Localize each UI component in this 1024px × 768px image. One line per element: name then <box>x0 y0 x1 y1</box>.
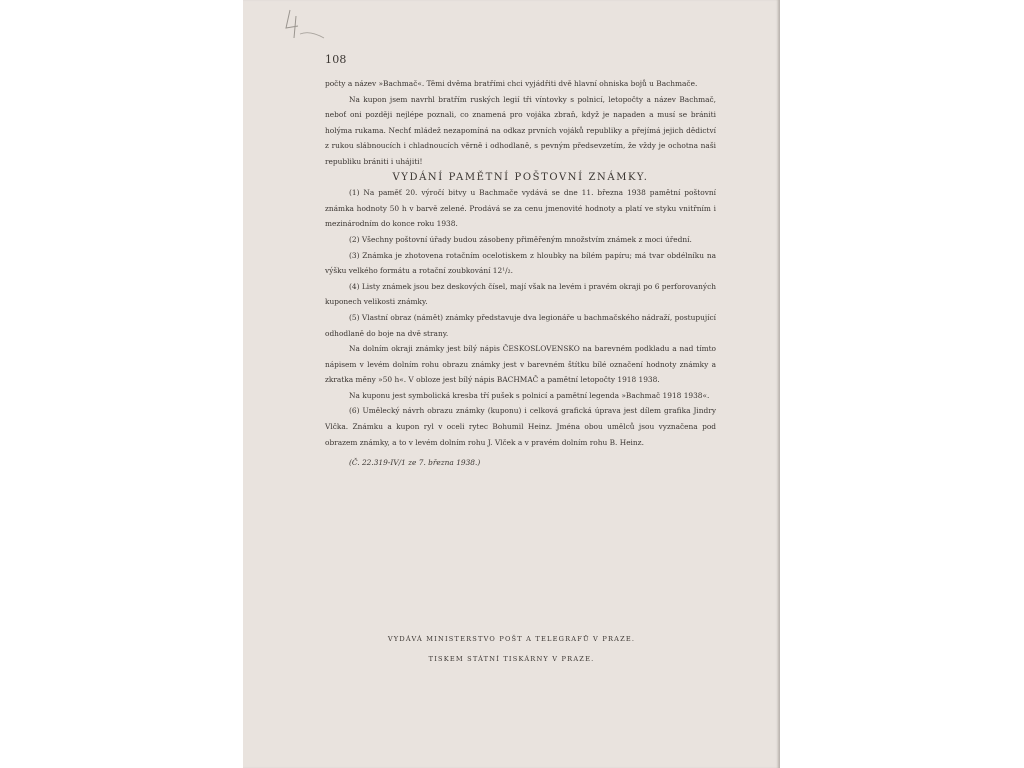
reference-number: (Č. 22.319-IV/1 ze 7. března 1938.) <box>325 455 716 471</box>
paragraph: (3) Známka je zhotovena rotačním oceloti… <box>325 248 716 279</box>
page-number: 108 <box>325 53 347 66</box>
paragraph: Na kupon jsem navrhl bratřím ruských leg… <box>325 92 716 170</box>
publisher-line: VYDÁVÁ MINISTERSTVO POŠT A TELEGRAFŮ V P… <box>243 635 780 643</box>
paragraph: Na kuponu jest symbolická kresba tří puš… <box>325 388 716 404</box>
handwritten-pencil-mark <box>280 8 326 40</box>
section-heading: VYDÁNÍ PAMĚTNÍ POŠTOVNÍ ZNÁMKY. <box>325 170 716 186</box>
paragraph: (4) Listy známek jsou bez deskových číse… <box>325 279 716 310</box>
paragraph: Na dolním okraji známky jest bílý nápis … <box>325 341 716 388</box>
printer-line: TISKEM STÁTNÍ TISKÁRNY V PRAZE. <box>243 655 780 663</box>
paragraph: počty a název »Bachmač«. Těmi dvěma brat… <box>325 76 716 92</box>
paragraph: (2) Všechny poštovní úřady budou zásoben… <box>325 232 716 248</box>
paragraph: (1) Na paměť 20. výročí bitvy u Bachmače… <box>325 185 716 232</box>
paragraph: (6) Umělecký návrh obrazu známky (kuponu… <box>325 403 716 450</box>
paragraph: (5) Vlastní obraz (námět) známky předsta… <box>325 310 716 341</box>
document-body: počty a název »Bachmač«. Těmi dvěma brat… <box>325 76 716 471</box>
